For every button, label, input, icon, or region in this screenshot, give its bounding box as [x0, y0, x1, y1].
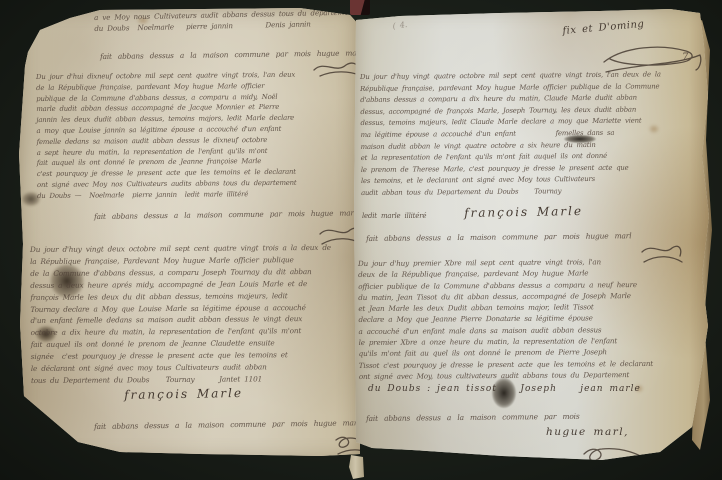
manuscript-scan: a ve Moy nous Cultivateurs audit abbans …	[0, 0, 722, 480]
right-annotation-number: 7	[682, 52, 688, 63]
left-closing-2: fait abbans dessus a la maison commune p…	[94, 208, 356, 221]
right-ink-mark: ( 4.	[392, 20, 408, 31]
left-record-entry-2: Du jour d'huy vingt deux octobre mil sep…	[30, 242, 332, 387]
left-closing-3: fait abbans dessus a la maison commune p…	[94, 418, 359, 431]
paraph-flourish-icon	[578, 444, 658, 472]
right-signature-hugue-marl: hugue marl,	[546, 426, 629, 438]
binding-cover-edge	[350, 0, 370, 15]
ink-blot	[492, 378, 516, 408]
right-closing-1: fait abbans dessus a la maison commune p…	[366, 231, 631, 243]
left-witness-note: a ve Moy nous Cultivateurs audit abbans …	[94, 7, 356, 34]
left-record-entry-1: Du jour d'hui dixneuf octobre mil sept c…	[36, 70, 297, 202]
binding-page-tab	[349, 455, 365, 479]
left-page: a ve Moy nous Cultivateurs audit abbans …	[16, 6, 360, 462]
right-closing-2: fait abbans dessus a la maison commune p…	[366, 412, 580, 423]
right-signature-francois-marle: françois Marle	[464, 204, 583, 220]
right-record-entry-2: Du jour d'huy premier Xbre mil sept cent…	[358, 256, 653, 382]
right-margin-annotation: fix et D'oming	[562, 19, 645, 37]
left-signature-francois-marle: françois Marle	[124, 386, 243, 402]
right-record-entry-1: Du jour d'huy vingt quatre octobre mil s…	[360, 69, 662, 199]
right-page: ( 4. fix et D'oming 7 Du jour d'huy ving…	[352, 6, 714, 480]
right-signature-note: ledit marle illitéré	[362, 212, 426, 220]
